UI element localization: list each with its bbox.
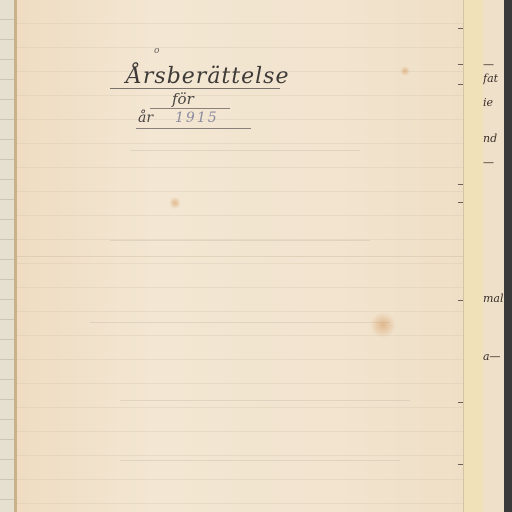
page-fold — [17, 256, 463, 257]
faded-line — [120, 460, 400, 461]
preposition-underline — [150, 108, 230, 109]
fragment-text: mal — [483, 292, 504, 305]
title-underline — [110, 88, 280, 89]
title-block: o Årsberättelse för år 1915 — [110, 40, 310, 130]
faded-line — [130, 150, 360, 151]
year-underline — [136, 128, 251, 129]
paper-stain — [370, 312, 396, 338]
adjacent-page-fragment: — fat ie nd — mal a— — [483, 0, 504, 512]
year-value: 1915 — [175, 110, 219, 126]
paper-strip — [463, 0, 484, 512]
fragment-text: nd — [483, 132, 497, 145]
fragment-text: fat — [483, 72, 498, 85]
year-prefix: år — [138, 110, 153, 126]
fragment-text: — — [483, 156, 494, 169]
faded-line — [120, 400, 410, 401]
fragment-text: a— — [483, 350, 501, 363]
fragment-text: ie — [483, 96, 493, 109]
circle-mark: o — [154, 46, 159, 56]
faded-line — [90, 322, 390, 323]
faded-line — [110, 240, 370, 241]
fragment-text: — — [483, 58, 494, 71]
scan-background-edge — [504, 0, 512, 512]
page-title: Årsberättelse — [126, 64, 289, 89]
paper-stain — [400, 66, 410, 76]
paper-stain — [170, 196, 180, 210]
preposition-text: för — [172, 90, 194, 108]
